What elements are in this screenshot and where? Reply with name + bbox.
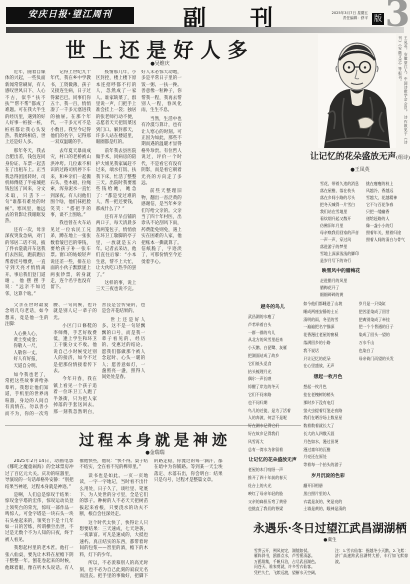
poem-line: 一群一群的鸟儿 <box>248 329 297 337</box>
poem-subheading: 映雪风中的腊梅花 <box>320 268 362 275</box>
edition-badge: 版 <box>372 13 384 25</box>
poem-subheading: 越冬的鸟儿 <box>248 304 297 311</box>
poem-subheading: 想起一枚月色 <box>303 374 352 381</box>
poem-line: 它们不问来路 <box>248 391 297 399</box>
ci-article-author: ●虞生 <box>250 537 410 543</box>
newspaper-masthead: 安庆日报·望江周刊 <box>6 7 134 24</box>
ci-article-title: 永遇乐·冬日过望江武昌湖湖栖 <box>250 520 410 536</box>
poem-body-upper: 雪花，带着久违的消息落在屋檐，落在枝头落在乡间小路的尽头把冬天喊得一片雪白我们站… <box>320 180 408 298</box>
poem-line: 从北方的风雪里赶来 <box>248 336 297 344</box>
text-paragraph: 2025年2月14日，动画电影《哪吒之魔童闹海》的全球票房冲过了百亿元大关。庆功… <box>5 459 74 491</box>
poem-line: 萤火虫提着灯笼走夜路 <box>303 407 352 415</box>
poem-line: 腊梅花开了 <box>320 284 362 291</box>
poem-line: 它不与百花争春 <box>366 201 408 208</box>
text-paragraph: 小区门口修鞋的李师傅，手艺好收费低，逢上学生和环卫工干脆分文不收。他说自己小时候… <box>53 324 96 375</box>
poem-line: 看炊烟升起又散开 <box>320 215 362 222</box>
poem-line: 睡成两座安静的土丘 <box>303 308 352 316</box>
text-paragraph: 那年冬天，我去合肥出差，钱包连同身份证、车票一起丢在了出租车上。正当我急得团团转… <box>5 149 45 226</box>
poem-line: 月亮还在原处 <box>303 453 352 461</box>
poem-line: 衣裳是灰的，笑是亮的 <box>303 498 352 506</box>
poem-line: 雪花，带着久违的消息 <box>320 180 362 187</box>
text-paragraph: 父亲在世时最爱念叨几句老话，如今想来，竟是他一生的注脚： <box>5 303 48 329</box>
text-paragraph: 读书也是如此。一页一页地读，一字一字地记，当时看不出什么用处，日子久了，谈吐里、… <box>80 474 149 519</box>
poem-line: 武昌湖的水瘦了 <box>248 313 297 321</box>
poem-line: 好在故乡记得我们 <box>248 430 297 438</box>
poem-line: 在心里盛放，无声 <box>303 362 352 370</box>
text-paragraph: 还有开早点铺的两口子，每天清晨多蒸两笼包子，悄悄放在环卫工歇脚的亭子里，一放就是… <box>96 215 136 279</box>
poem-line: 细细碎碎的黄 <box>320 291 362 298</box>
poem-line: 仿佛旧年月里 <box>320 222 362 229</box>
poem-line: 落在乡间小路的尽头 <box>320 194 362 201</box>
poem-line: 老屋的木门吱呀一声 <box>248 466 297 474</box>
poem-line: 灶台上的火光 <box>248 482 297 490</box>
poem-line: 风越冷，香越远 <box>366 187 408 194</box>
text-paragraph: 前年我去县医院做手术，同病房的陪护大姐见我家属赶不过来，端水打饭、扶我下床，忙活… <box>96 149 136 213</box>
poem-line: 把离别染成了牵挂 <box>359 316 408 324</box>
poem-line: 挂在老槐树的梢头 <box>303 391 352 399</box>
poem-line: 把湖面站成了故乡 <box>248 352 297 360</box>
main-article-body-lower: 父亲在世时最爱念叨几句老话，如今想来，竟是他一生的注脚：人心换人心，黄土变成金；… <box>5 303 242 422</box>
ink-portrait-icon <box>318 34 396 148</box>
poem-subheading: 岁月沉淀的色彩 <box>303 473 352 480</box>
poem-line: 如今他们都睡进了山坡 <box>303 300 352 308</box>
main-article-body-upper: 近年，随着自媒体的兴起，一些负面新闻常常刷屏，有人感叹世风日下、人心不古，似乎“… <box>5 70 318 300</box>
poem-line: 长大的人四散天涯 <box>303 430 352 438</box>
second-article-author: ●金瑞瑞 <box>30 449 280 456</box>
poem-line: 只把一缕幽香 <box>366 208 408 215</box>
poem-line: 土墙是黄的，眼神是清的 <box>303 505 352 513</box>
poem-line: 等着每一个抬头的游子 <box>303 461 352 469</box>
text-paragraph: 疫情那几年，小区封控，楼上楼下原本连招呼都不打的人，忽然成了一家人。谁家缺菜了，… <box>96 70 136 147</box>
poem-title-suffix: (组诗) <box>396 155 410 161</box>
poem-line: 想起一枚月色 <box>303 383 352 391</box>
poet-portrait-sketch <box>318 34 396 148</box>
poem-line: 抬头梳理月光 <box>248 368 297 376</box>
poem-line: 翻开旧相册 <box>303 482 352 490</box>
poem-line: 也染白了 <box>359 347 408 355</box>
poem-line: 风雪再大 <box>248 438 297 446</box>
poem-line: 偶尔一声长唳 <box>248 375 297 383</box>
poem-line: 惊醒了岸边的冬天 <box>248 383 297 391</box>
poem-line: 只让记忆的花朵 <box>303 355 352 363</box>
poem-line: 落在屋檐，落在枝头 <box>320 187 362 194</box>
poem-line: 染成了回头一望的 <box>359 331 408 339</box>
text-paragraph: 凭栏久伫，飞絮远渡，望断水天空阔。 <box>254 570 327 575</box>
poem-line: 也不问归期 <box>248 399 297 407</box>
poem-line: 母亲唤我们回家的声音 <box>320 229 362 236</box>
poem-line: 我们在晒谷场上数星星 <box>303 414 352 422</box>
text-paragraph: 世上还是好人多。这不是一句轻飘飘的口号，而是我一辈子看见的、经历的、受惠过的结论… <box>102 318 145 382</box>
poem-line: 挑在瘦瘦的枝上 <box>366 180 408 187</box>
poem-line: 它们低头觅食 <box>248 360 297 368</box>
text-paragraph: 是啊，人们总是惊叹于结果：惊叹金字塔的宏伟，惊叹运动员登上领奖台的荣光，惊叹一部… <box>5 493 74 544</box>
poem-line: 花香漫过老屋的窗棂 <box>303 331 352 339</box>
text-paragraph: 前些天整理旧物，翻出一沓泛黄的感谢信，是当年乡亲们写给父亲的。父亲当了四十年村医… <box>141 189 181 266</box>
poem-line: 岁月是一只染缸 <box>359 300 408 308</box>
newspaper-page: 安庆日报·望江周刊 副 刊 2025年3月7日 星期五 责任编辑：舒平 版 3 … <box>0 0 410 584</box>
text-paragraph: 还有一次，母亲深夜突发急病，对门的邻居二话不说，披了件衣裳就开车送我们去医院，跑… <box>5 228 45 298</box>
poem-line: 把苦涩染成了回甘 <box>359 308 408 316</box>
text-paragraph: 注：1.雪衣仙客：指越冬小天鹅。2.飞絮：济广高速跨武昌湖特大桥，车行如飞絮掠波… <box>335 548 408 564</box>
text-paragraph: 记得上世纪九十年代，我在乡中学教书，工资微薄，孩子又接连生病，日子过得紧巴巴。同… <box>50 70 90 147</box>
poem-line: 一遍遍把名字描深 <box>303 323 352 331</box>
poem-line: 照着年关，照着归途 <box>366 229 408 236</box>
portrait-caption-line: 王凤英，安徽望江人，中国诗歌学会会员。 <box>404 36 408 114</box>
main-article-title: 世上还是好人多 <box>40 34 280 63</box>
poem-line: 雪越大，花越精神 <box>366 194 408 201</box>
poem-line: 漫过童年的瓦檐 <box>303 446 352 454</box>
poem-title: 让记忆的花朵盛放无声(组诗) <box>310 150 410 162</box>
poem-line: 落满回乡的小路 <box>303 339 352 347</box>
poem-line: 万水千山 <box>359 339 408 347</box>
poem-line: 我们站在雪地里 <box>320 208 362 215</box>
main-article-author: ●吴维庆 <box>40 60 280 67</box>
text-paragraph: 我也曾在火车站见过一位农民工兄弟，蹲在地上一张张数着皱巴巴的零钱，要给孩子补一张… <box>50 221 90 291</box>
poem-line: 芦苇举着白头 <box>248 321 297 329</box>
poem-line: 黑白照片里的人 <box>303 490 352 498</box>
poem-line: 清明的雨，冬至的雪 <box>303 316 352 324</box>
poem-line: 映红了母亲年轻的脸 <box>248 490 297 498</box>
poem-line: 把一个个普通的日子 <box>359 323 408 331</box>
editor-text: 责任编辑：舒平 <box>332 16 368 21</box>
poem-line: 像一盏小小的灯 <box>366 222 408 229</box>
poem-line: 好在湖水记得它们 <box>248 422 297 430</box>
poem-line: 把冬天喊得一片雪白 <box>320 201 362 208</box>
poem-line: 也挑直了我们的脊梁 <box>248 505 297 513</box>
poem-line: 我不说话 <box>303 347 352 355</box>
poem-author: ●王凤英 <box>310 166 410 173</box>
poem-line: 父亲的扁担压弯了黄昏 <box>248 498 297 506</box>
poem-line: 推开了四十年前的春天 <box>248 474 297 482</box>
text-paragraph: 近年，随着自媒体的兴起，一些负面新闻常常刷屏，有人感叹世风日下、人心不古，似乎“… <box>5 70 45 147</box>
header-divider-bar <box>6 27 404 33</box>
poem-line: 是岁月写下的诗行 <box>320 257 362 264</box>
poem-line: 那时乡下没有电灯 <box>303 399 352 407</box>
poem-line: 人的奔波，何尝不是呢 <box>248 414 297 422</box>
poem-subheading: 让记忆的花朵盛放无声 <box>248 457 297 464</box>
poem-line: 递给赶路的人 <box>366 215 408 222</box>
poem-line: 落进游子的梦里 <box>320 243 362 250</box>
date-block: 2025年3月7日 星期五 责任编辑：舒平 <box>332 11 368 22</box>
poem-line: 月色如水，漫过田埂 <box>303 438 352 446</box>
text-paragraph: 去年夏天暴雨成灾，村口的老桥被山洪冲垮。几位素不相识的过路司机停下车来，和乡亲们… <box>50 149 90 219</box>
text-paragraph: 这个时代太快了，快得让人只想要结果：三天速成，七天逆袭，一夜暴富。可凡是速成的，… <box>80 521 149 559</box>
poem-line: 走进腊月的风里 <box>320 277 362 284</box>
poem-title-text: 让记忆的花朵盛放无声 <box>310 152 396 162</box>
poem-line: 小天鹅、白琵鹭、灰雁 <box>248 344 297 352</box>
poem-line: 鸟儿的迁徙，是为了活着 <box>248 407 297 415</box>
second-article-title: 过程本身就是神迹 <box>30 429 280 450</box>
poem-body-lower: 越冬的鸟儿武昌湖的水瘦了芦苇举着白头一群一群的鸟儿从北方的风雪里赶来小天鹅、白琵… <box>248 300 408 514</box>
poem-line: 数着数着就长大了 <box>303 422 352 430</box>
quoted-verse: 人心换人心，黄土变成金；你敬人一尺，人敬你一丈。好人有好报，天道自分明。 <box>5 332 48 370</box>
ci-article-body: 雪霁云开，朔风初定，湖镜如拭。雁阵斜书，鸥群点水，芦雪摇清瑟。万鸥翔集，千帆归泊… <box>254 548 408 582</box>
poem-line: 一声一声，穿过风 <box>320 236 362 243</box>
poem-line: 雪地上深深浅浅的脚印 <box>320 250 362 257</box>
poem-line: 照着人间的清白与骨气 <box>366 236 408 243</box>
text-paragraph: 当然，生活中也有冷漠与算计，也有让人寒心的时刻。可正因为如此，那些不期而遇的温暖… <box>141 117 181 187</box>
poem-line: 总有一湾水为你留着 <box>248 446 297 454</box>
poem-line: 母亲倚门而望的头发 <box>359 355 408 363</box>
portrait-caption: 王凤英，安徽望江人，中国诗歌学会会员。 诗作散见于《诗刊》《安徽文学》等报刊。 <box>397 36 408 148</box>
